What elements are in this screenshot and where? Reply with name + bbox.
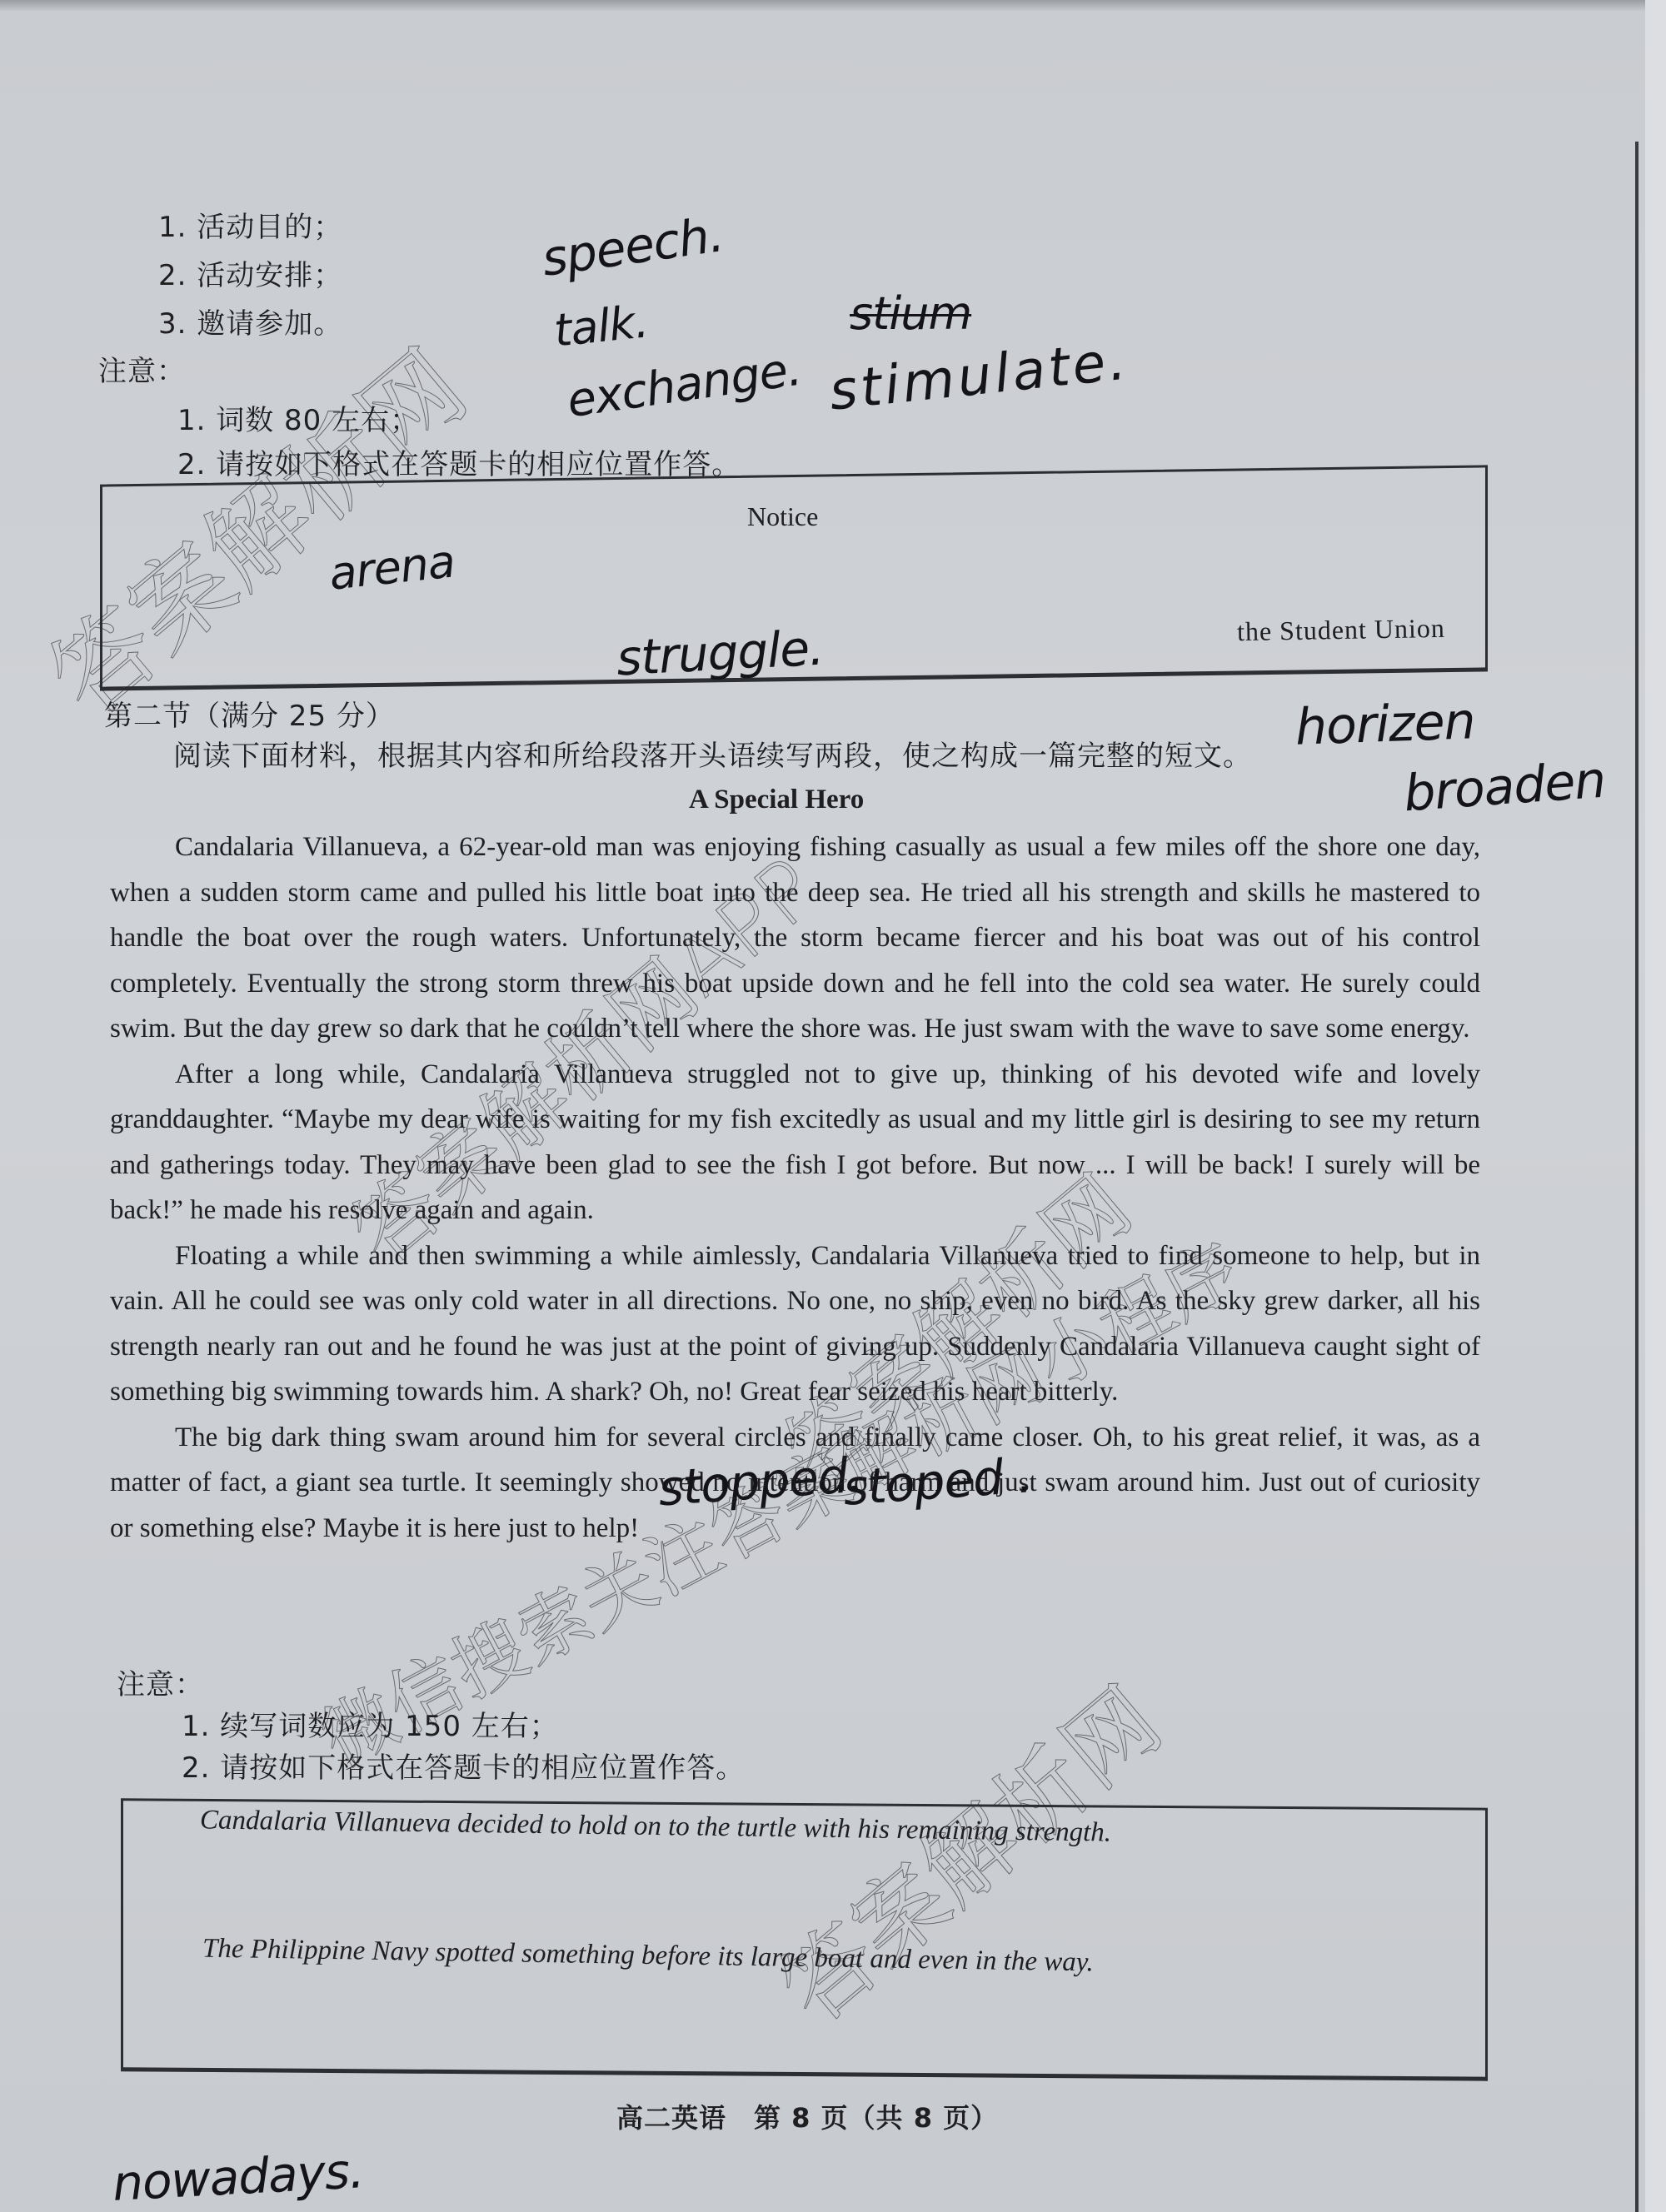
handwritten-speech: speech.	[538, 206, 726, 287]
notes-label-2: 注意：	[117, 1661, 204, 1702]
section-instruction: 阅读下面材料，根据其内容和所给段落开头语续写两段，使之构成一篇完整的短文。	[173, 733, 1252, 774]
handwritten-nowadays: nowadays.	[111, 2142, 365, 2212]
paper-edge	[1645, 0, 1666, 2212]
notes-label: 注意：	[98, 348, 186, 389]
handwritten-stium-crossed: stium	[850, 287, 971, 340]
requirement-item-1: 1. 活动目的；	[158, 204, 342, 245]
handwritten-horizen: horizen	[1294, 692, 1476, 756]
page-footer: 高二英语 第 8 页（共 8 页）	[616, 2097, 998, 2135]
requirement-item-3: 3. 邀请参加。	[158, 301, 342, 341]
story-title: A Special Hero	[689, 785, 864, 815]
note-format-2: 2. 请按如下格式在答题卡的相应位置作答。	[182, 1745, 745, 1786]
binding-line	[1635, 142, 1639, 2212]
handwritten-exchange: exchange.	[564, 342, 805, 429]
handwritten-stimulate: stimulate.	[826, 330, 1132, 422]
notice-title: Notice	[747, 501, 818, 532]
notice-signature: the Student Union	[1237, 613, 1445, 647]
paper-top-shadow	[0, 0, 1666, 12]
handwritten-broaden: broaden	[1402, 751, 1608, 824]
story-paragraph-2: After a long while, Candalaria Villanuev…	[110, 1052, 1480, 1233]
handwritten-struggle: struggle.	[615, 620, 825, 687]
handwritten-talk: talk.	[551, 295, 651, 356]
requirement-item-2: 2. 活动安排；	[158, 252, 342, 293]
